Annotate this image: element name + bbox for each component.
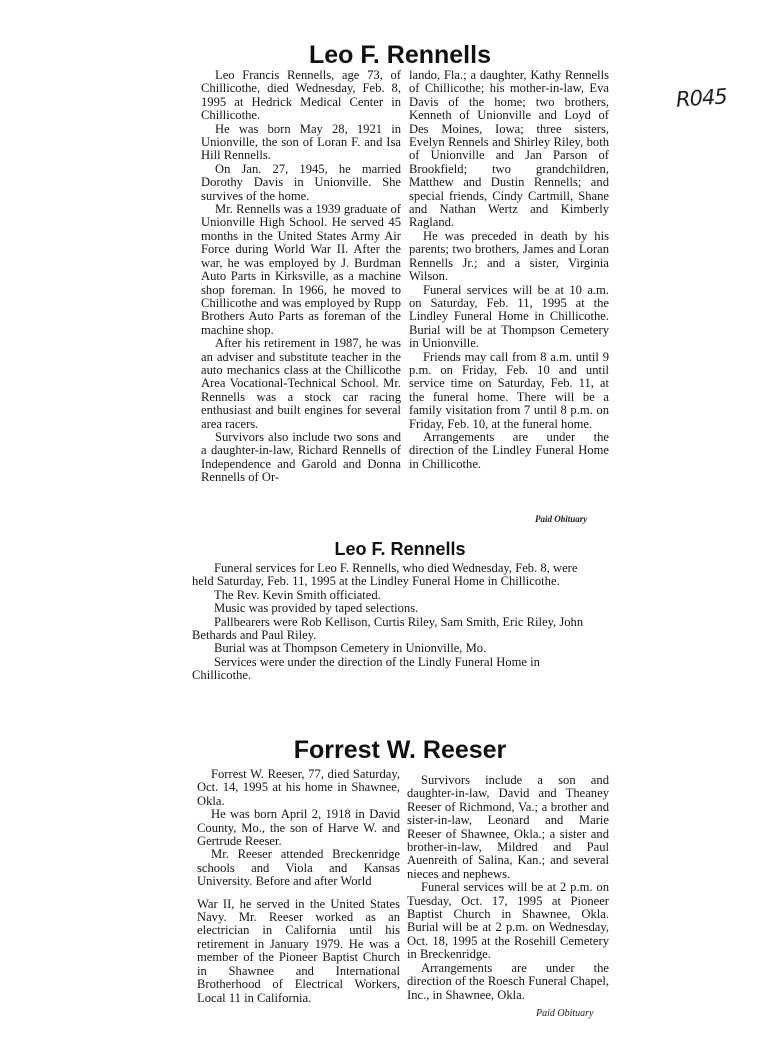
obituary1-footer: Paid Obituary xyxy=(535,514,587,524)
paragraph: Funeral services will be at 2 p.m. on Tu… xyxy=(407,881,609,961)
paragraph: Friends may call from 8 a.m. until 9 p.m… xyxy=(409,351,609,431)
obituary1-title: Leo F. Rennells xyxy=(200,40,600,70)
paragraph: He was born April 2, 1918 in David Count… xyxy=(197,808,400,848)
scanned-page: R045 Leo F. Rennells Leo Francis Rennell… xyxy=(0,0,759,1041)
paragraph: Funeral services will be at 10 a.m. on S… xyxy=(409,284,609,351)
paragraph: After his retirement in 1987, he was an … xyxy=(201,337,401,431)
paragraph: Survivors also include two sons and a da… xyxy=(201,431,401,485)
paragraph: Leo Francis Rennells, age 73, of Chillic… xyxy=(201,69,401,123)
obituary2-title: Leo F. Rennells xyxy=(200,538,600,560)
paragraph: He was born May 28, 1921 in Unionville, … xyxy=(201,123,401,163)
paragraph: Mr. Reeser attended Breckenridge schools… xyxy=(197,848,400,888)
paragraph: Survivors include a son and daughter-in-… xyxy=(407,774,609,881)
obituary3-footer: Paid Obituary xyxy=(536,1008,594,1019)
paragraph: He was preceded in death by his parents;… xyxy=(409,230,609,284)
obituary3-title: Forrest W. Reeser xyxy=(190,735,610,765)
paragraph-continued: War II, he served in the United States N… xyxy=(197,898,400,1005)
paragraph-continued: lando, Fla.; a daughter, Kathy Rennells … xyxy=(409,69,609,230)
handwritten-note: R045 xyxy=(675,84,727,111)
paragraph: Arrangements are under the direction of … xyxy=(407,962,609,1002)
paragraph: Burial was at Thompson Cemetery in Union… xyxy=(192,642,600,655)
obituary3-left-column: Forrest W. Reeser, 77, died Saturday, Oc… xyxy=(197,768,400,1005)
paragraph: Funeral services for Leo F. Rennells, wh… xyxy=(192,562,600,589)
obituary1-left-column: Leo Francis Rennells, age 73, of Chillic… xyxy=(201,69,401,485)
paragraph: Mr. Rennells was a 1939 graduate of Unio… xyxy=(201,203,401,337)
paragraph: The Rev. Kevin Smith officiated. xyxy=(192,589,600,602)
paragraph: Pallbearers were Rob Kellison, Curtis Ri… xyxy=(192,616,600,643)
obituary3-right-column: Survivors include a son and daughter-in-… xyxy=(407,774,609,1002)
paragraph: On Jan. 27, 1945, he married Dorothy Dav… xyxy=(201,163,401,203)
paragraph: Services were under the direction of the… xyxy=(192,656,600,683)
paragraph: Forrest W. Reeser, 77, died Saturday, Oc… xyxy=(197,768,400,808)
paragraph: Music was provided by taped selections. xyxy=(192,602,600,615)
obituary1-right-column: lando, Fla.; a daughter, Kathy Rennells … xyxy=(409,69,609,471)
obituary2-body: Funeral services for Leo F. Rennells, wh… xyxy=(192,562,600,683)
paragraph: Arrangements are under the direction of … xyxy=(409,431,609,471)
